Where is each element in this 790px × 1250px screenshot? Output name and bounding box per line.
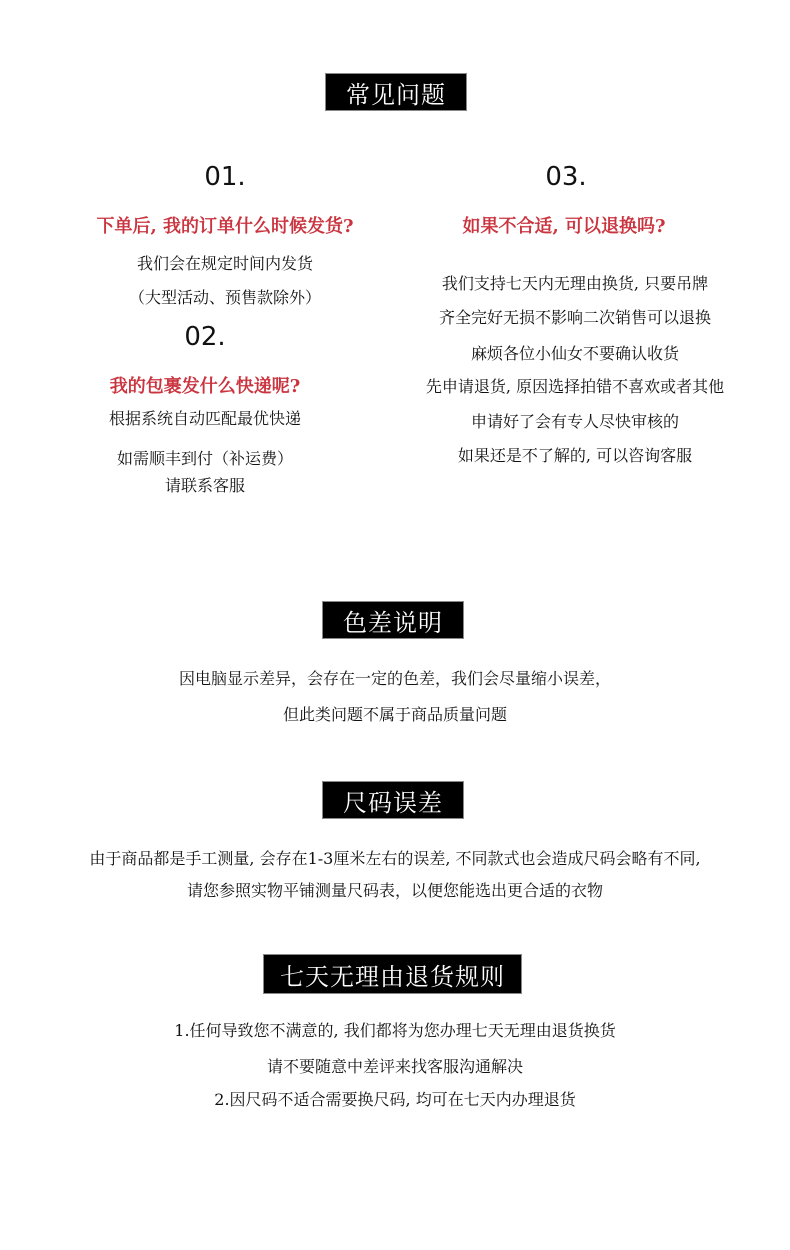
- faq-item-1-answer-1: 我们会在规定时间内发货: [75, 251, 375, 274]
- faq-title: 常见问题: [326, 74, 466, 110]
- faq-item-2-answer-3: 请联系客服: [55, 473, 355, 496]
- faq-item-3-answer-2: 齐全完好无损不影响二次销售可以退换: [410, 305, 740, 328]
- faq-item-3-answer-3: 麻烦各位小仙女不要确认收货: [410, 341, 740, 364]
- color-diff-title: 色差说明: [323, 602, 463, 638]
- faq-item-2-answer-1: 根据系统自动匹配最优快递: [55, 406, 355, 429]
- size-error-title-text: 尺码误差: [343, 783, 443, 818]
- color-diff-line-1: 因电脑显示差异，会存在一定的色差，我们会尽量缩小误差，: [0, 666, 790, 689]
- faq-item-3-question: 如果不合适, 可以退换吗?: [414, 212, 714, 238]
- faq-item-3-answer-4: 先申请退货, 原因选择拍错不喜欢或者其他: [410, 374, 740, 397]
- faq-item-1-question: 下单后, 我的订单什么时候发货?: [75, 212, 375, 238]
- faq-item-1-number: 01.: [185, 162, 265, 192]
- color-diff-title-text: 色差说明: [343, 603, 443, 638]
- faq-item-3-answer-1: 我们支持七天内无理由换货, 只要吊牌: [410, 271, 740, 294]
- return-policy-line-1: 1.任何导致您不满意的, 我们都将为您办理七天无理由退货换货: [0, 1018, 790, 1041]
- color-diff-line-2: 但此类问题不属于商品质量问题: [0, 702, 790, 725]
- faq-item-3-answer-5: 申请好了会有专人尽快审核的: [410, 409, 740, 432]
- faq-item-2-number: 02.: [165, 322, 245, 352]
- faq-title-text: 常见问题: [346, 75, 446, 110]
- return-policy-line-3: 2.因尺码不适合需要换尺码, 均可在七天内办理退货: [0, 1087, 790, 1110]
- return-policy-line-2: 请不要随意中差评来找客服沟通解决: [0, 1054, 790, 1077]
- return-policy-title-text: 七天无理由退货规则: [280, 957, 505, 992]
- size-error-title: 尺码误差: [323, 782, 463, 818]
- size-error-line-1: 由于商品都是手工测量, 会存在1-3厘米左右的误差, 不同款式也会造成尺码会略有…: [0, 846, 790, 869]
- faq-item-1-answer-2: （大型活动、预售款除外）: [75, 285, 375, 308]
- return-policy-title: 七天无理由退货规则: [264, 955, 521, 993]
- faq-item-3-number: 03.: [526, 162, 606, 192]
- faq-item-2-question: 我的包裹发什么快递呢?: [55, 372, 355, 398]
- faq-item-3-answer-6: 如果还是不了解的, 可以咨询客服: [410, 443, 740, 466]
- size-error-line-2: 请您参照实物平铺测量尺码表，以便您能选出更合适的衣物: [0, 878, 790, 901]
- faq-item-2-answer-2: 如需顺丰到付（补运费）: [55, 446, 355, 469]
